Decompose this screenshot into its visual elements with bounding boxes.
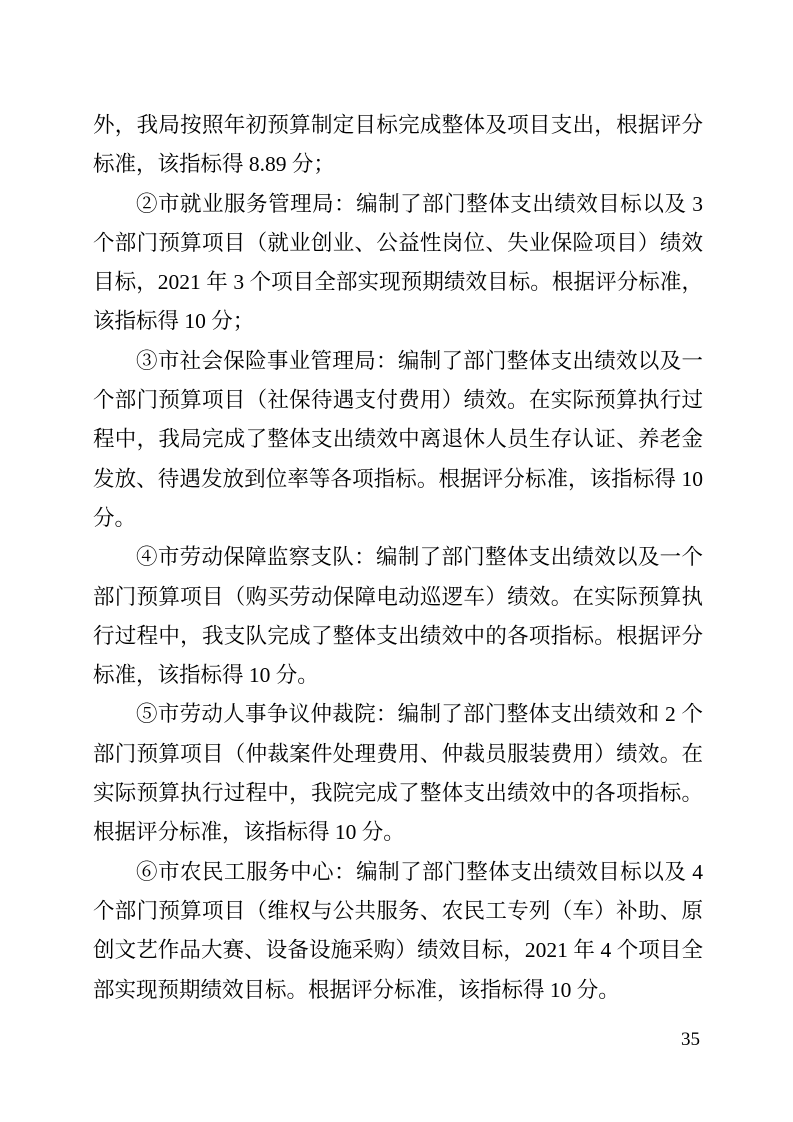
paragraph-continuation: 外，我局按照年初预算制定目标完成整体及项目支出，根据评分标准，该指标得 8.89… (93, 106, 703, 185)
paragraph-item-4: ④市劳动保障监察支队：编制了部门整体支出绩效以及一个部门预算项目（购买劳动保障电… (93, 538, 703, 695)
page-number: 35 (681, 1028, 700, 1052)
paragraph-item-3: ③市社会保险事业管理局：编制了部门整体支出绩效以及一个部门预算项目（社保待遇支付… (93, 342, 703, 538)
document-body: 外，我局按照年初预算制定目标完成整体及项目支出，根据评分标准，该指标得 8.89… (93, 106, 703, 1010)
paragraph-item-5: ⑤市劳动人事争议仲裁院：编制了部门整体支出绩效和 2 个部门预算项目（仲裁案件处… (93, 695, 703, 852)
paragraph-item-2: ②市就业服务管理局：编制了部门整体支出绩效目标以及 3 个部门预算项目（就业创业… (93, 185, 703, 342)
paragraph-item-6: ⑥市农民工服务中心：编制了部门整体支出绩效目标以及 4 个部门预算项目（维权与公… (93, 853, 703, 1010)
document-page: 外，我局按照年初预算制定目标完成整体及项目支出，根据评分标准，该指标得 8.89… (0, 0, 793, 1122)
